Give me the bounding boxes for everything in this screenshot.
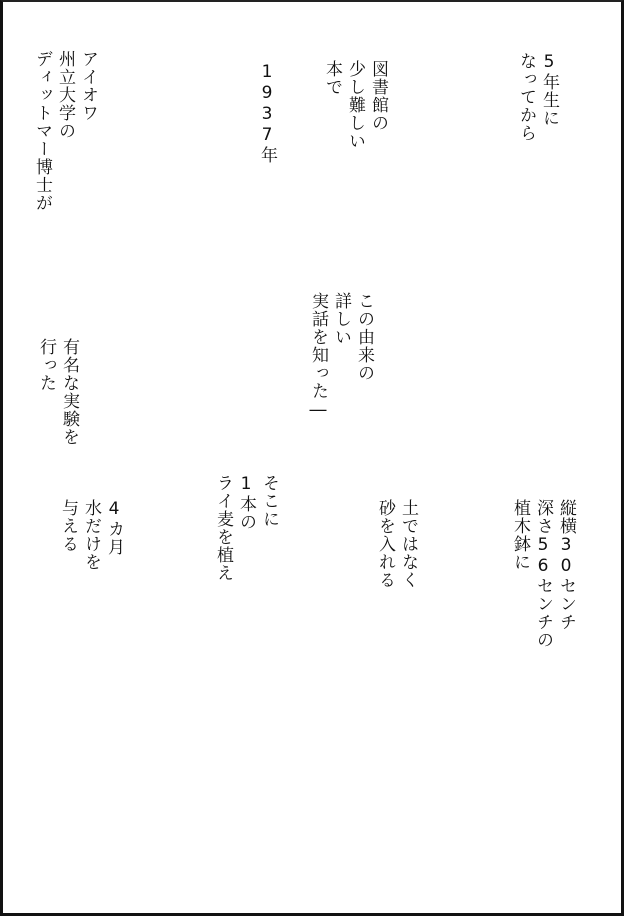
- text-line: 本で: [320, 60, 343, 150]
- text-line: 与える: [56, 499, 79, 571]
- text-line: 図書館の: [366, 60, 389, 150]
- text-line: 砂を入れる: [373, 499, 396, 589]
- text-line: 深さ56センチの: [531, 499, 554, 649]
- text-block-famous-experiment: 有名な実験を 行った: [34, 338, 80, 446]
- text-line: 5年生に: [537, 52, 560, 142]
- text-block-year: 1937年: [255, 62, 278, 164]
- text-line: 少し難しい: [343, 60, 366, 150]
- text-line: 1本の: [234, 474, 257, 582]
- text-block-four-months: 4カ月 水だけを 与える: [56, 499, 125, 571]
- text-line: ディットマー博士が: [30, 50, 53, 212]
- text-line: なってから: [514, 52, 537, 142]
- text-line: 州立大学の: [53, 50, 76, 212]
- text-line: 詳しい: [329, 292, 352, 421]
- text-line: 有名な実験を: [57, 338, 80, 446]
- text-line: この由来の: [352, 292, 375, 421]
- text-block-fifth-grade: 5年生に なってから: [514, 52, 560, 142]
- text-line: 土ではなく: [396, 499, 419, 589]
- manga-page: 5年生に なってから 図書館の 少し難しい 本で 1937年 アイオワ 州立大学…: [0, 0, 624, 916]
- text-line: 水だけを: [79, 499, 102, 571]
- text-line: ライ麦を植え: [211, 474, 234, 582]
- text-line: 縦横30センチ: [554, 499, 577, 649]
- text-line: 1937年: [255, 62, 278, 164]
- text-block-true-story: この由来の 詳しい 実話を知った―: [306, 292, 375, 421]
- text-line: 4カ月: [102, 499, 125, 571]
- text-line: 行った: [34, 338, 57, 446]
- text-block-sand: 土ではなく 砂を入れる: [373, 499, 419, 589]
- text-line: 実話を知った―: [306, 292, 329, 421]
- text-line: アイオワ: [76, 50, 99, 212]
- text-line: 植木鉢に: [508, 499, 531, 649]
- text-block-flowerpot: 縦横30センチ 深さ56センチの 植木鉢に: [508, 499, 577, 649]
- text-block-library-book: 図書館の 少し難しい 本で: [320, 60, 389, 150]
- text-block-rye: そこに 1本の ライ麦を植え: [211, 474, 280, 582]
- text-line: そこに: [257, 474, 280, 582]
- text-block-iowa-doctor: アイオワ 州立大学の ディットマー博士が: [30, 50, 99, 212]
